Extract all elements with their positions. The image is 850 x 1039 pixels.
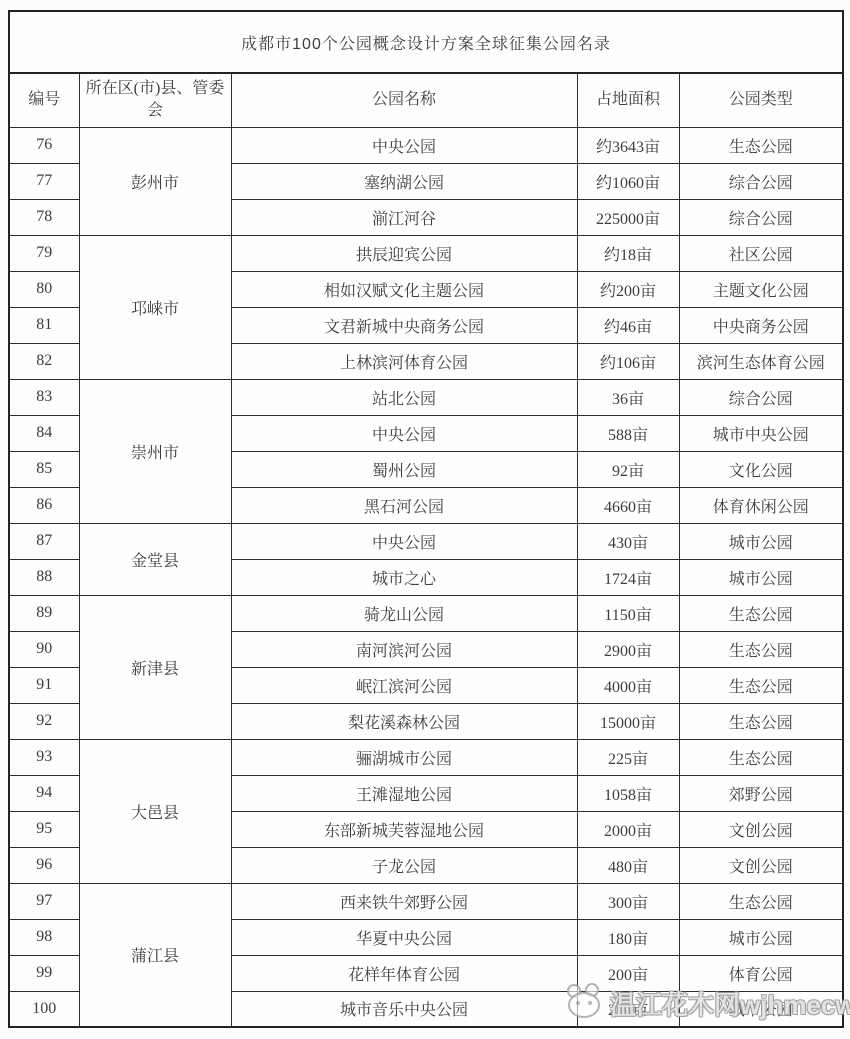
park-area-cell: 约1060亩 xyxy=(577,163,679,199)
park-type-cell: 城市公园 xyxy=(679,523,843,559)
park-name-cell: 城市音乐中央公园 xyxy=(231,991,577,1027)
park-name-cell: 中央公园 xyxy=(231,523,577,559)
park-area-cell: 约200亩 xyxy=(577,271,679,307)
park-name-cell: 骊湖城市公园 xyxy=(231,739,577,775)
park-type-cell: 社区公园 xyxy=(679,235,843,271)
park-area-cell: 约46亩 xyxy=(577,307,679,343)
park-area-cell: 2000亩 xyxy=(577,811,679,847)
row-number-cell: 98 xyxy=(9,919,79,955)
row-number-cell: 84 xyxy=(9,415,79,451)
row-number-cell: 92 xyxy=(9,703,79,739)
column-header-area: 占地面积 xyxy=(577,73,679,127)
row-number-cell: 95 xyxy=(9,811,79,847)
table-row: 79邛崃市拱辰迎宾公园约18亩社区公园 xyxy=(9,235,843,271)
park-type-cell: 城市公园 xyxy=(679,991,843,1027)
park-name-cell: 中央公园 xyxy=(231,127,577,163)
row-number-cell: 90 xyxy=(9,631,79,667)
row-number-cell: 87 xyxy=(9,523,79,559)
table-row: 93大邑县骊湖城市公园225亩生态公园 xyxy=(9,739,843,775)
park-name-cell: 文君新城中央商务公园 xyxy=(231,307,577,343)
park-type-cell: 综合公园 xyxy=(679,163,843,199)
park-name-cell: 湔江河谷 xyxy=(231,199,577,235)
park-type-cell: 滨河生态体育公园 xyxy=(679,343,843,379)
park-type-cell: 综合公园 xyxy=(679,379,843,415)
park-name-cell: 骑龙山公园 xyxy=(231,595,577,631)
district-cell: 蒲江县 xyxy=(79,883,231,1027)
title-row: 成都市100个公园概念设计方案全球征集公园名录 xyxy=(9,11,843,73)
park-area-cell: 430亩 xyxy=(577,523,679,559)
row-number-cell: 99 xyxy=(9,955,79,991)
district-cell: 彭州市 xyxy=(79,127,231,235)
park-name-cell: 子龙公园 xyxy=(231,847,577,883)
park-area-cell: 4660亩 xyxy=(577,487,679,523)
park-name-cell: 南河滨河公园 xyxy=(231,631,577,667)
district-cell: 金堂县 xyxy=(79,523,231,595)
row-number-cell: 91 xyxy=(9,667,79,703)
park-table-body: 76彭州市中央公园约3643亩生态公园77塞纳湖公园约1060亩综合公园78湔江… xyxy=(9,127,843,1027)
column-header-district: 所在区(市)县、管委会 xyxy=(79,73,231,127)
row-number-cell: 86 xyxy=(9,487,79,523)
row-number-cell: 88 xyxy=(9,559,79,595)
district-cell: 新津县 xyxy=(79,595,231,739)
row-number-cell: 97 xyxy=(9,883,79,919)
park-type-cell: 体育休闲公园 xyxy=(679,487,843,523)
park-area-cell: 200亩 xyxy=(577,955,679,991)
park-name-cell: 王滩湿地公园 xyxy=(231,775,577,811)
park-type-cell: 生态公园 xyxy=(679,739,843,775)
park-name-cell: 华夏中央公园 xyxy=(231,919,577,955)
park-name-cell: 蜀州公园 xyxy=(231,451,577,487)
park-type-cell: 生态公园 xyxy=(679,127,843,163)
park-type-cell: 体育公园 xyxy=(679,955,843,991)
park-type-cell: 生态公园 xyxy=(679,667,843,703)
table-row: 97蒲江县西来铁牛郊野公园300亩生态公园 xyxy=(9,883,843,919)
park-type-cell: 城市公园 xyxy=(679,919,843,955)
table-row: 89新津县骑龙山公园1150亩生态公园 xyxy=(9,595,843,631)
park-name-cell: 中央公园 xyxy=(231,415,577,451)
park-type-cell: 城市公园 xyxy=(679,559,843,595)
row-number-cell: 78 xyxy=(9,199,79,235)
park-type-cell: 综合公园 xyxy=(679,199,843,235)
row-number-cell: 94 xyxy=(9,775,79,811)
row-number-cell: 79 xyxy=(9,235,79,271)
park-name-cell: 黑石河公园 xyxy=(231,487,577,523)
row-number-cell: 76 xyxy=(9,127,79,163)
park-type-cell: 中央商务公园 xyxy=(679,307,843,343)
park-type-cell: 文创公园 xyxy=(679,811,843,847)
park-area-cell: 约106亩 xyxy=(577,343,679,379)
column-header-type: 公园类型 xyxy=(679,73,843,127)
document-sheet: 成都市100个公园概念设计方案全球征集公园名录 编号 所在区(市)县、管委会 公… xyxy=(0,0,850,1039)
park-area-cell: 36亩 xyxy=(577,379,679,415)
table-header-row: 编号 所在区(市)县、管委会 公园名称 占地面积 公园类型 xyxy=(9,73,843,127)
row-number-cell: 81 xyxy=(9,307,79,343)
park-type-cell: 生态公园 xyxy=(679,883,843,919)
park-type-cell: 文化公园 xyxy=(679,451,843,487)
park-type-cell: 文创公园 xyxy=(679,847,843,883)
row-number-cell: 100 xyxy=(9,991,79,1027)
row-number-cell: 93 xyxy=(9,739,79,775)
park-type-cell: 城市中央公园 xyxy=(679,415,843,451)
park-area-cell: 2900亩 xyxy=(577,631,679,667)
park-name-cell: 塞纳湖公园 xyxy=(231,163,577,199)
park-directory-table: 成都市100个公园概念设计方案全球征集公园名录 编号 所在区(市)县、管委会 公… xyxy=(8,10,844,1028)
column-header-name: 公园名称 xyxy=(231,73,577,127)
park-type-cell: 生态公园 xyxy=(679,631,843,667)
park-area-cell: 200亩 xyxy=(577,991,679,1027)
park-name-cell: 梨花溪森林公园 xyxy=(231,703,577,739)
row-number-cell: 80 xyxy=(9,271,79,307)
park-name-cell: 城市之心 xyxy=(231,559,577,595)
park-name-cell: 相如汉赋文化主题公园 xyxy=(231,271,577,307)
park-name-cell: 西来铁牛郊野公园 xyxy=(231,883,577,919)
park-type-cell: 郊野公园 xyxy=(679,775,843,811)
column-header-number: 编号 xyxy=(9,73,79,127)
table-row: 87金堂县中央公园430亩城市公园 xyxy=(9,523,843,559)
park-area-cell: 480亩 xyxy=(577,847,679,883)
park-area-cell: 约18亩 xyxy=(577,235,679,271)
park-type-cell: 生态公园 xyxy=(679,703,843,739)
park-area-cell: 92亩 xyxy=(577,451,679,487)
park-area-cell: 588亩 xyxy=(577,415,679,451)
park-area-cell: 225亩 xyxy=(577,739,679,775)
row-number-cell: 83 xyxy=(9,379,79,415)
park-name-cell: 上林滨河体育公园 xyxy=(231,343,577,379)
park-name-cell: 站北公园 xyxy=(231,379,577,415)
park-area-cell: 约3643亩 xyxy=(577,127,679,163)
park-name-cell: 花样年体育公园 xyxy=(231,955,577,991)
park-area-cell: 1058亩 xyxy=(577,775,679,811)
park-area-cell: 4000亩 xyxy=(577,667,679,703)
park-area-cell: 300亩 xyxy=(577,883,679,919)
district-cell: 邛崃市 xyxy=(79,235,231,379)
district-cell: 大邑县 xyxy=(79,739,231,883)
park-type-cell: 主题文化公园 xyxy=(679,271,843,307)
table-row: 83崇州市站北公园36亩综合公园 xyxy=(9,379,843,415)
park-name-cell: 岷江滨河公园 xyxy=(231,667,577,703)
park-area-cell: 1150亩 xyxy=(577,595,679,631)
park-type-cell: 生态公园 xyxy=(679,595,843,631)
row-number-cell: 85 xyxy=(9,451,79,487)
document-title: 成都市100个公园概念设计方案全球征集公园名录 xyxy=(9,11,843,73)
park-area-cell: 15000亩 xyxy=(577,703,679,739)
row-number-cell: 96 xyxy=(9,847,79,883)
park-area-cell: 180亩 xyxy=(577,919,679,955)
park-name-cell: 东部新城芙蓉湿地公园 xyxy=(231,811,577,847)
district-cell: 崇州市 xyxy=(79,379,231,523)
row-number-cell: 89 xyxy=(9,595,79,631)
park-area-cell: 225000亩 xyxy=(577,199,679,235)
table-row: 76彭州市中央公园约3643亩生态公园 xyxy=(9,127,843,163)
row-number-cell: 82 xyxy=(9,343,79,379)
row-number-cell: 77 xyxy=(9,163,79,199)
park-area-cell: 1724亩 xyxy=(577,559,679,595)
park-name-cell: 拱辰迎宾公园 xyxy=(231,235,577,271)
